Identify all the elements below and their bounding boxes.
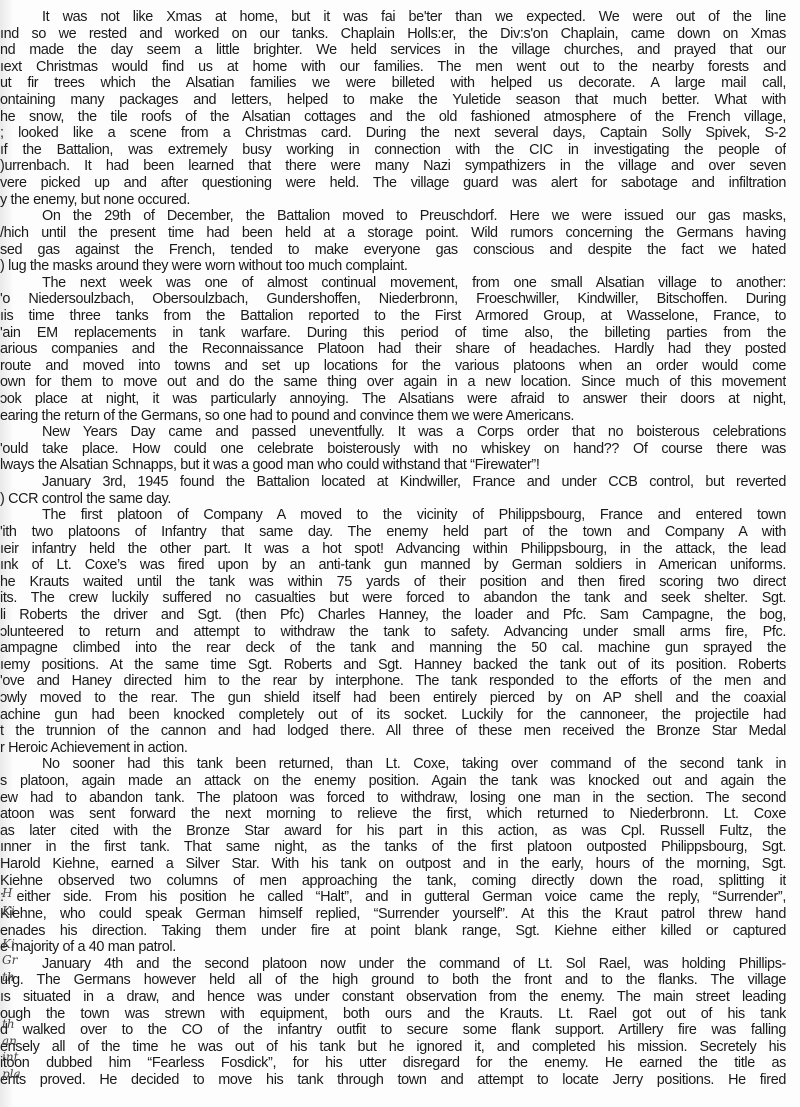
text-line: New Years Day came and passed uneventful… [0,424,786,441]
text-line: ıs situated in a draw, and hence was und… [0,989,786,1006]
text-line: January 3rd, 1945 found the Battalion lo… [0,474,786,491]
handwritten-note: an [2,1034,17,1048]
text-line: y the enemy, but none occured. [0,192,786,209]
handwritten-note: Gr [2,953,17,967]
text-line: /hich until the present time had been he… [0,225,786,242]
paragraph: January 4th and the second platoon now u… [0,956,786,1089]
text-line: its. The crew luckily suffered no casual… [0,590,786,607]
text-line: ents proved. He decided to move his tank… [0,1072,786,1089]
text-line: lways the Alsatian Schnapps, but it was … [0,457,786,474]
text-line: ampagne climbed into the rear deck of th… [0,640,786,657]
text-line: ew had to abandon tank. The platoon was … [0,790,786,807]
text-line: itoon dubbed him “Fearless Fosdick”, for… [0,1055,786,1072]
handwritten-note: th [2,970,15,984]
handwritten-note: int [2,1050,18,1064]
text-line: ɔlunteered to return and attempt to with… [0,624,786,641]
text-line: arious companies and the Reconnaissance … [0,341,786,358]
text-line: own for them to move out and do the same… [0,374,786,391]
text-line: ) CCR control the same day. [0,491,786,508]
text-line: The next week was one of almost continua… [0,275,786,292]
text-line: : either side. From his position he call… [0,889,786,906]
text-line: li Roberts the driver and Sgt. (then Pfc… [0,607,786,624]
text-line: ıf the Battalion, was extremely busy wor… [0,142,786,159]
text-line: ıemy positions. At the same time Sgt. Ro… [0,657,786,674]
paragraph: It was not like Xmas at home, but it was… [0,9,786,208]
text-line: sed gas against the French, tended to ma… [0,242,786,259]
text-line: ) lug the masks around they were worn wi… [0,258,786,275]
text-line: 'ould take place. How could one celebrat… [0,441,786,458]
paragraph: On the 29th of December, the Battalion m… [0,208,786,274]
paragraph: New Years Day came and passed uneventful… [0,424,786,474]
text-line: enades his direction. Taking them under … [0,923,786,940]
text-line: earing the return of the Germans, so one… [0,408,786,425]
text-line: Kiehne observed two columns of men appro… [0,873,786,890]
text-line: ensely all of the time he was out of his… [0,1039,786,1056]
text-line: t the trunnion of the cannon and had lod… [0,723,786,740]
text-line: as later cited with the Bronze Star awar… [0,823,786,840]
text-line: e majority of a 40 man patrol. [0,939,786,956]
text-line: s platoon, again made an attack on the e… [0,773,786,790]
text-line: Harold Kiehne, earned a Silver Star. Wit… [0,856,786,873]
text-line: ɔok place at night, it was particularly … [0,391,786,408]
text-line: The first platoon of Company A moved to … [0,507,786,524]
text-line: 'ith two platoons of Infantry that same … [0,524,786,541]
text-line: he snow, the tile roofs of the Alsatian … [0,109,786,126]
document-body: It was not like Xmas at home, but it was… [0,9,786,1089]
handwritten-note: Ki [2,937,15,951]
text-line: route and moved into towns and set up lo… [0,358,786,375]
handwritten-note: pla [2,1067,21,1081]
text-line: ınner in the first tank. That same night… [0,839,786,856]
paragraph: The next week was one of almost continua… [0,275,786,424]
text-line: 'o Niedersoulzbach, Obersoulzbach, Gunde… [0,291,786,308]
text-line: ; looked like a scene from a Christmas c… [0,125,786,142]
text-line: atoon was sent forward the next morning … [0,806,786,823]
text-line: January 4th and the second platoon now u… [0,956,786,973]
text-line: On the 29th of December, the Battalion m… [0,208,786,225]
handwritten-note: th [2,1017,15,1031]
paragraph: January 3rd, 1945 found the Battalion lo… [0,474,786,507]
handwritten-note: Ki [2,904,15,918]
text-line: It was not like Xmas at home, but it was… [0,9,786,26]
text-line: ınk of Lt. Coxe’s was fired upon by an a… [0,557,786,574]
text-line: ıext Christmas would find us at home wit… [0,59,786,76]
text-line: achine gun had been knocked completely o… [0,707,786,724]
text-line: ough the town was strewn with equipment,… [0,1006,786,1023]
text-line: 'ain EM replacements in tank warfare. Du… [0,325,786,342]
text-line: urg. The Germans however held all of the… [0,972,786,989]
paragraph: The first platoon of Company A moved to … [0,507,786,756]
text-line: ut fir trees which the Alsatian families… [0,75,786,92]
text-line: r Heroic Achievement in action. [0,740,786,757]
text-line: No sooner had this tank been returned, t… [0,756,786,773]
text-line: d walked over to the CO of the infantry … [0,1022,786,1039]
text-line: ıis time three tanks from the Battalion … [0,308,786,325]
text-line: ontaining many packages and letters, hel… [0,92,786,109]
text-line: ıeir infantry held the other part. It wa… [0,541,786,558]
text-line: 'ove and Haney directed him to the rear … [0,673,786,690]
text-line: vere picked up and after questioning wer… [0,175,786,192]
text-line: Kiehne, who could speak German himself r… [0,906,786,923]
text-line: ɔwly moved to the rear. The gun shield i… [0,690,786,707]
paragraph: No sooner had this tank been returned, t… [0,756,786,955]
text-line: nd made the day seem a little brighter. … [0,42,786,59]
text-line: )urrenbach. It had been learned that the… [0,158,786,175]
text-line: ınd so we rested and worked on our tanks… [0,26,786,43]
handwritten-note: H [2,886,12,900]
scanned-page: It was not like Xmas at home, but it was… [0,0,800,1107]
text-line: he Krauts waited until the tank was with… [0,574,786,591]
